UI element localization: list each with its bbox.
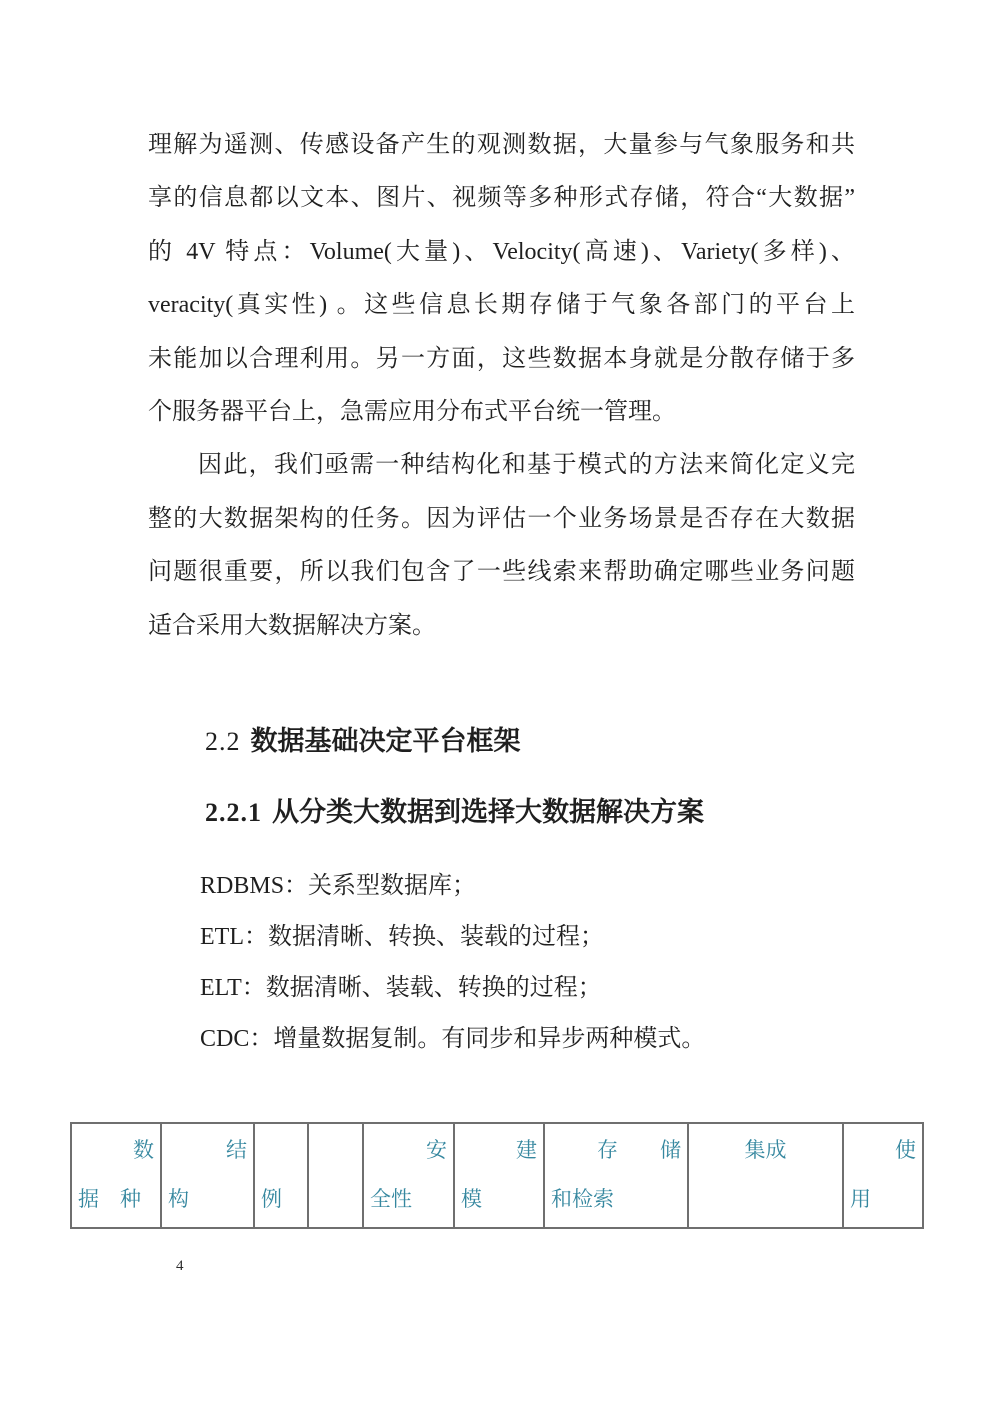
body-text-line: 问题很重要，所以我们包含了一些线索来帮助确定哪些业务问题 [148,546,855,599]
section-heading-2-2: 2.2数据基础决定平台框架 [205,726,521,757]
header-cell-example: 例 [254,1123,308,1228]
header-cell-modeling: 建 模 [454,1123,544,1228]
body-text-line: 的 4V 特点：Volume(大量)、Velocity(高速)、Variety(… [148,226,855,279]
header-cell-structure: 结 构 [161,1123,254,1228]
table-header-row: 数 据 种 结 构 例 安 全性 [71,1123,923,1228]
page-number: 4 [176,1258,184,1275]
body-text-line: 整的大数据架构的任务。因为评估一个业务场景是否存在大数据 [148,493,855,546]
header-cell-usage: 使 用 [843,1123,923,1228]
heading-title: 从分类大数据到选择大数据解决方案 [272,797,704,827]
body-text-line: 适合采用大数据解决方案。 [148,600,855,653]
body-text-line: 享的信息都以文本、图片、视频等多种形式存储，符合“大数据” [148,172,855,225]
definition-elt: ELT：数据清晰、装载、转换的过程； [200,963,705,1014]
definition-rdbms: RDBMS：关系型数据库； [200,861,705,912]
heading-title: 数据基础决定平台框架 [251,726,521,756]
header-cell-storage-retrieval: 存 储 和检索 [544,1123,688,1228]
heading-number: 2.2.1 [205,798,262,827]
header-cell-integration: 集成 [688,1123,843,1228]
document-page: 理解为遥测、传感设备产生的观测数据，大量参与气象服务和共 享的信息都以文本、图片… [0,0,992,1403]
body-text-line: 因此，我们亟需一种结构化和基于模式的方法来简化定义完 [148,439,855,492]
data-table: 数 据 种 结 构 例 安 全性 [70,1122,924,1229]
body-text-line: 未能加以合理利用。另一方面，这些数据本身就是分散存储于多 [148,333,855,386]
header-cell-data-kind: 数 据 种 [71,1123,161,1228]
section-heading-2-2-1: 2.2.1从分类大数据到选择大数据解决方案 [205,797,704,828]
paragraph: 因此，我们亟需一种结构化和基于模式的方法来简化定义完 整的大数据架构的任务。因为… [148,439,855,653]
header-cell-security: 安 全性 [363,1123,454,1228]
definition-etl: ETL：数据清晰、转换、装载的过程； [200,912,705,963]
body-text-line: 个服务器平台上，急需应用分布式平台统一管理。 [148,386,855,439]
body-text-block: 理解为遥测、传感设备产生的观测数据，大量参与气象服务和共 享的信息都以文本、图片… [148,119,855,653]
heading-number: 2.2 [205,727,241,756]
body-text-line: veracity(真实性) 。这些信息长期存储于气象各部门的平台上 [148,279,855,332]
body-text-line: 理解为遥测、传感设备产生的观测数据，大量参与气象服务和共 [148,119,855,172]
definition-list: RDBMS：关系型数据库； ETL：数据清晰、转换、装载的过程； ELT：数据清… [200,861,705,1065]
definition-cdc: CDC：增量数据复制。有同步和异步两种模式。 [200,1014,705,1065]
paragraph: 理解为遥测、传感设备产生的观测数据，大量参与气象服务和共 享的信息都以文本、图片… [148,119,855,439]
header-cell-empty [308,1123,363,1228]
